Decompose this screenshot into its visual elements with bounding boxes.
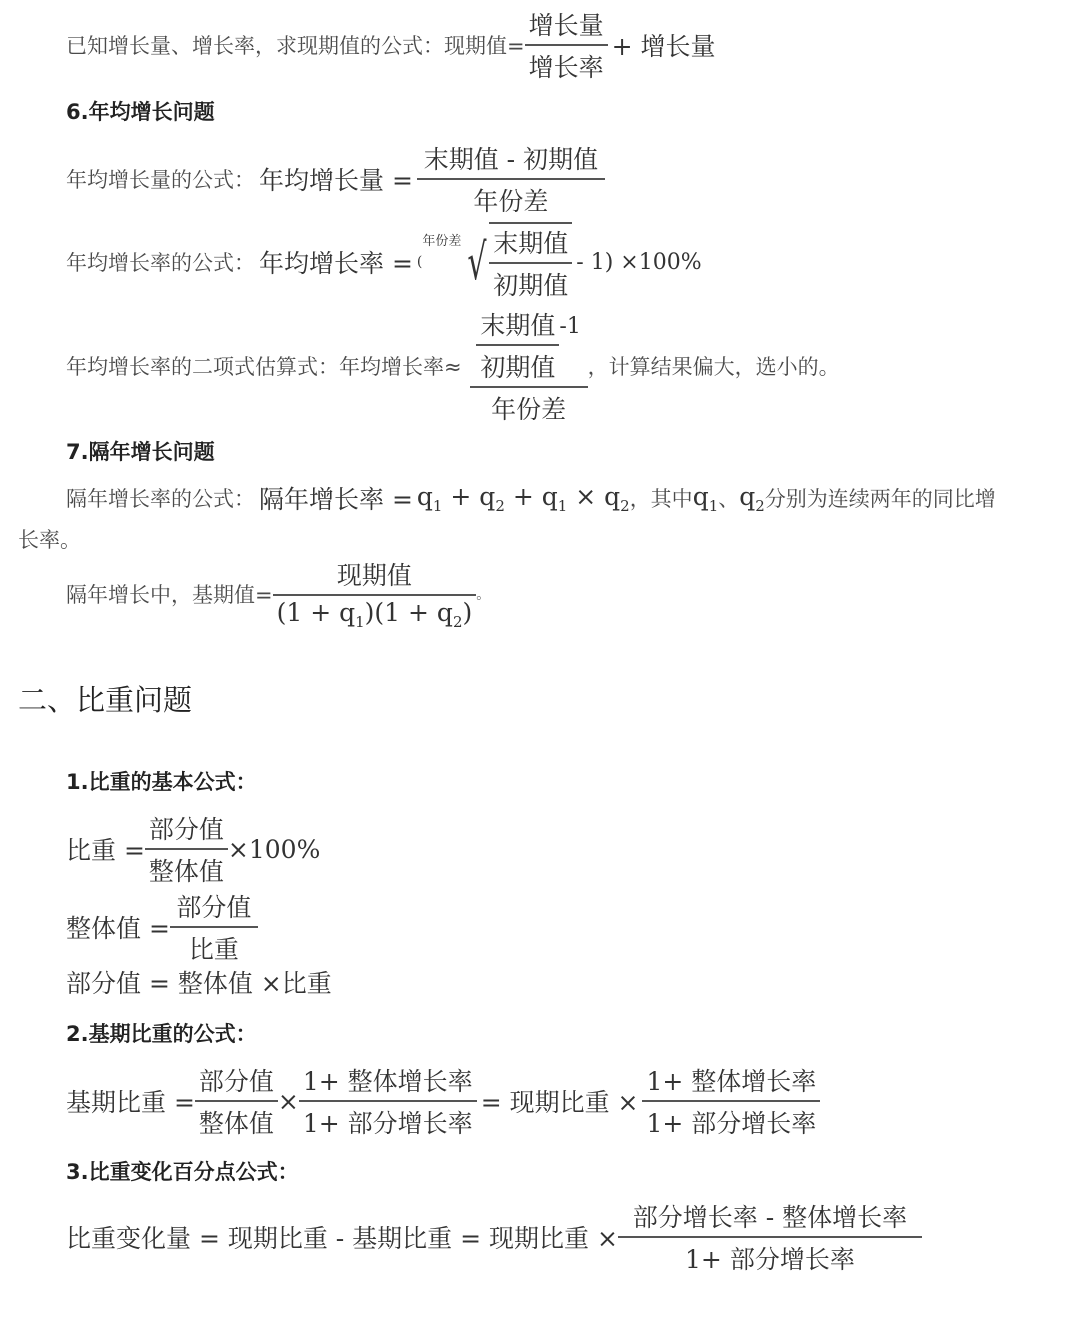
fraction: 增长量 增长率 (525, 6, 608, 84)
fraction: 部分增长率 - 整体增长率 1+ 部分增长率 (618, 1198, 922, 1276)
formula-note: ，计算结果偏大，选小的。 (588, 351, 840, 381)
denominator: 比重 (170, 926, 258, 966)
outer-denominator: 年份差 (470, 386, 588, 426)
subscript: 1 (558, 497, 568, 515)
radical-icon: √ (468, 237, 487, 287)
denominator: 整体值 (195, 1100, 278, 1140)
formula-label: 已知增长量、增长率，求现期值的公式：现期值= (66, 30, 525, 60)
avg-growth-rate-formula: 年均增长率的公式： 年均增长率 = ( 年份差 √ 末期值 初期值 - 1) ×… (66, 222, 706, 302)
part-title: 二、比重问题 (18, 678, 192, 719)
section-heading-6: 6.年均增长问题 (66, 96, 215, 126)
formula-expression: q1 + q2 + q1 × q2 (417, 482, 630, 515)
numerator: 部分增长率 - 整体增长率 (629, 1198, 911, 1236)
ratio-formula: 比重 = 部分值 整体值 ×100% (66, 810, 320, 888)
denominator: 1+ 部分增长率 (299, 1100, 477, 1140)
numerator: 1+ 整体增长率 (642, 1062, 820, 1100)
numerator: 部分值 (195, 1062, 278, 1100)
subscript: 2 (495, 497, 505, 515)
formula-lhs: 比重变化量 = 现期比重 - 基期比重 = 现期比重 × (66, 1219, 618, 1255)
fraction: 部分值 比重 (170, 888, 258, 966)
formula-lhs: 年均增长量 = (259, 161, 413, 197)
formula-label: 年均增长率的公式： (66, 247, 255, 277)
subscript: 2 (620, 497, 630, 515)
note-text: ，其中 (630, 483, 693, 513)
fraction: 部分值 整体值 (145, 810, 228, 888)
var: + q (505, 482, 558, 511)
den-part: ) (462, 598, 472, 627)
base-ratio-formula: 基期比重 = 部分值 整体值 × 1+ 整体增长率 1+ 部分增长率 = 现期比… (66, 1062, 820, 1140)
separator: 、 (718, 483, 739, 513)
denominator: (1 + q1)(1 + q2) (273, 594, 477, 631)
numerator: 增长量 (525, 6, 608, 44)
var: q (693, 482, 709, 511)
open-paren: ( (417, 254, 422, 270)
numerator: 末期值 - 初期值 (420, 140, 602, 178)
denominator: 年份差 (417, 178, 605, 218)
wrapped-text: 长率。 (18, 524, 81, 554)
fraction: 末期值 - 初期值 年份差 (417, 140, 605, 218)
outer-fraction: 末期值 初期值 -1 年份差 (470, 306, 588, 426)
square-root: √ 末期值 初期值 (461, 222, 572, 302)
denominator: 1+ 部分增长率 (642, 1100, 820, 1140)
section-heading-base-ratio: 2.基期比重的公式： (66, 1018, 257, 1048)
q2: q2 (739, 482, 765, 515)
binomial-estimate-formula: 年均增长率的二项式估算式：年均增长率≈ 末期值 初期值 -1 年份差 ，计算结果… (66, 306, 840, 426)
numerator: 末期值 (476, 306, 559, 344)
numerator: 部分值 (172, 888, 255, 926)
formula-tail: - 1) ×100% (576, 250, 701, 275)
numerator: 末期值 (489, 224, 572, 262)
formula-lhs: 比重 = (66, 831, 145, 867)
den-part: )(1 + q (365, 598, 453, 627)
biennial-growth-rate-formula: 隔年增长率的公式： 隔年增长率 = q1 + q2 + q1 × q2 ，其中 … (66, 480, 996, 516)
var: + q (442, 482, 495, 511)
q1: q1 (693, 482, 719, 515)
outer-numerator: 末期值 初期值 -1 (472, 306, 584, 386)
current-value-formula: 已知增长量、增长率，求现期值的公式：现期值= 增长量 增长率 + 增长量 (66, 6, 720, 84)
subscript: 1 (355, 613, 365, 631)
period: 。 (476, 584, 490, 604)
subscript: 1 (709, 497, 719, 515)
formula-lhs: 基期比重 = (66, 1083, 195, 1119)
formula-tail: + 增长量 (612, 27, 716, 63)
denominator: 1+ 部分增长率 (618, 1236, 922, 1276)
part-value-formula: 部分值 = 整体值 ×比重 (66, 964, 332, 1000)
fraction: 1+ 整体增长率 1+ 部分增长率 (299, 1062, 477, 1140)
section-heading-ratio-change: 3.比重变化百分点公式： (66, 1156, 299, 1186)
section-heading-ratio-basic: 1.比重的基本公式： (66, 766, 257, 796)
root-index: 年份差 (422, 230, 461, 249)
denominator: 整体值 (145, 848, 228, 888)
formula-mid: = 现期比重 × (481, 1083, 639, 1119)
denominator: 初期值 (476, 344, 559, 384)
var: q (739, 482, 755, 511)
numerator: 现期值 (333, 556, 416, 594)
whole-value-formula: 整体值 = 部分值 比重 (66, 888, 258, 966)
subscript: 2 (755, 497, 765, 515)
fraction: 末期值 初期值 (489, 222, 572, 302)
numerator: 1+ 整体增长率 (299, 1062, 477, 1100)
formula-lhs: 隔年增长率 = (259, 480, 413, 516)
denominator: 初期值 (489, 262, 572, 302)
formula-lhs: 整体值 = (66, 909, 170, 945)
fraction: 现期值 (1 + q1)(1 + q2) (273, 556, 477, 631)
denominator: 增长率 (525, 44, 608, 84)
var: q (417, 482, 433, 511)
formula-lhs: 年均增长率 = (259, 244, 413, 280)
var: × q (567, 482, 620, 511)
formula-label: 隔年增长中，基期值= (66, 579, 273, 609)
fraction: 部分值 整体值 (195, 1062, 278, 1140)
avg-growth-amount-formula: 年均增长量的公式： 年均增长量 = 末期值 - 初期值 年份差 (66, 140, 605, 218)
formula-label: 年均增长率的二项式估算式：年均增长率≈ (66, 351, 462, 381)
inner-fraction: 末期值 初期值 (476, 306, 559, 384)
minus-one: -1 (559, 314, 580, 339)
formula-label: 年均增长量的公式： (66, 164, 255, 194)
den-part: (1 + q (277, 598, 356, 627)
note-text: 分别为连续两年的同比增 (765, 483, 996, 513)
formula-label: 隔年增长率的公式： (66, 483, 255, 513)
section-heading-7: 7.隔年增长问题 (66, 436, 215, 466)
times-sign: × (278, 1087, 299, 1116)
ratio-change-formula: 比重变化量 = 现期比重 - 基期比重 = 现期比重 × 部分增长率 - 整体增… (66, 1198, 922, 1276)
biennial-base-value-formula: 隔年增长中，基期值= 现期值 (1 + q1)(1 + q2) 。 (66, 556, 490, 631)
fraction: 1+ 整体增长率 1+ 部分增长率 (642, 1062, 820, 1140)
numerator: 部分值 (145, 810, 228, 848)
formula-tail: ×100% (228, 835, 320, 864)
